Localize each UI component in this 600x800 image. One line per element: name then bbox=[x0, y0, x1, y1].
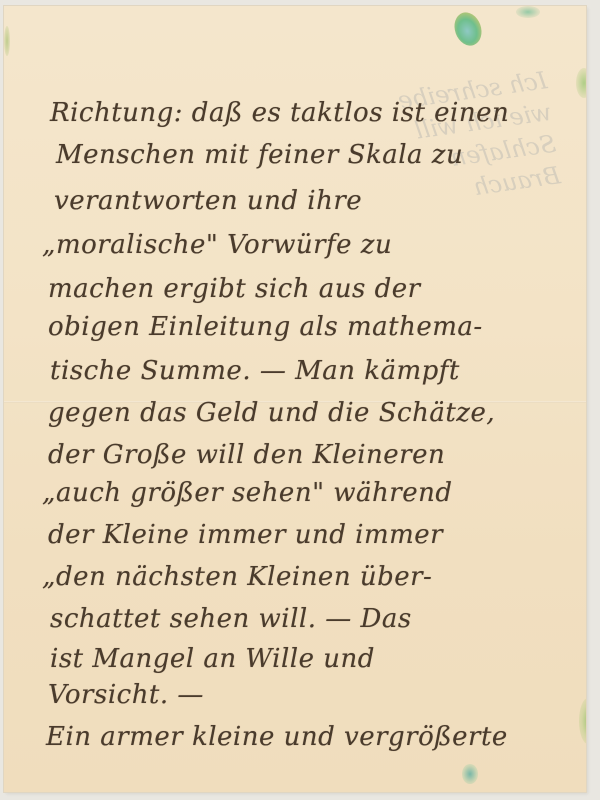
text-line: gegen das Geld und die Schätze, bbox=[48, 398, 495, 428]
handwritten-text: Richtung: daß es taktlos ist einen Mensc… bbox=[4, 6, 586, 792]
letter-page: Ich schreibe wie ich will Schlafen Brauc… bbox=[4, 6, 586, 792]
text-line: der Kleine immer und immer bbox=[48, 520, 443, 550]
text-line: tische Summe. — Man kämpft bbox=[50, 356, 460, 386]
text-line: Menschen mit feiner Skala zu bbox=[56, 140, 463, 170]
text-line: obigen Einleitung als mathema- bbox=[48, 312, 483, 342]
text-line: „auch größer sehen" während bbox=[42, 478, 453, 508]
text-line: verantworten und ihre bbox=[54, 186, 362, 216]
text-line: ist Mangel an Wille und bbox=[50, 644, 375, 674]
text-line: „moralische" Vorwürfe zu bbox=[42, 230, 392, 260]
text-line: schattet sehen will. — Das bbox=[50, 604, 412, 634]
text-line: Ein armer kleine und vergrößerte bbox=[46, 722, 508, 752]
text-line: Vorsicht. — bbox=[48, 680, 204, 710]
text-line: „den nächsten Kleinen über- bbox=[42, 562, 432, 592]
text-line: machen ergibt sich aus der bbox=[48, 274, 421, 304]
text-line: der Große will den Kleineren bbox=[48, 440, 445, 470]
text-line: Richtung: daß es taktlos ist einen bbox=[50, 98, 509, 128]
scan-background: Ich schreibe wie ich will Schlafen Brauc… bbox=[0, 0, 600, 800]
